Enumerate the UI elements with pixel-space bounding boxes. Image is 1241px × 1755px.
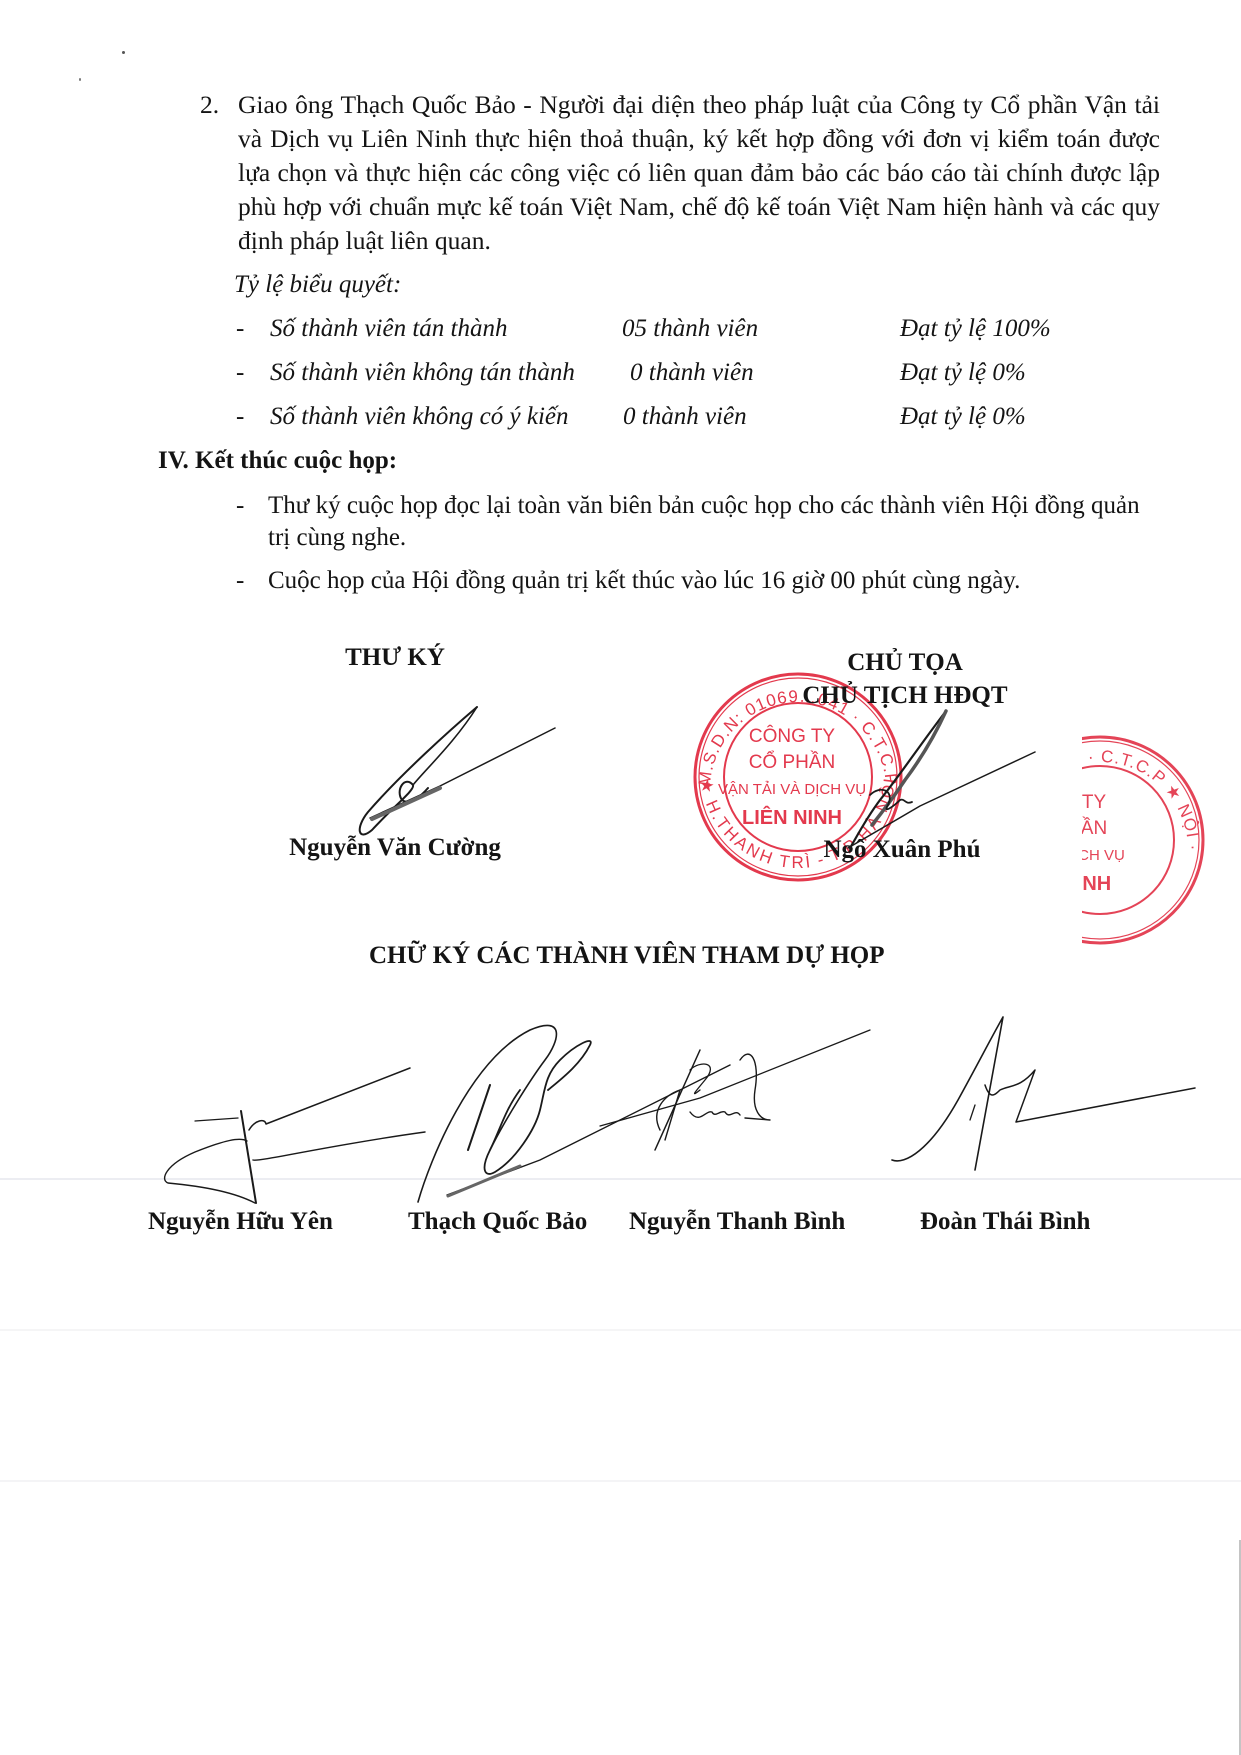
member-name: Nguyễn Thanh Bình — [629, 1206, 845, 1238]
chair-title: CHỦ TỌA — [755, 647, 1055, 679]
stamp-line: VẬN TẢI VÀ DỊCH VỤ — [718, 781, 866, 798]
section-heading: IV. Kết thúc cuộc họp: — [158, 444, 397, 478]
secretary-signature — [360, 707, 555, 835]
vote-row-against: - Số thành viên không tán thành 0 thành … — [0, 356, 1241, 390]
member-name: Nguyễn Hữu Yên — [148, 1206, 333, 1238]
chair-signature — [848, 711, 1035, 848]
vote-row-abstain: - Số thành viên không có ý kiến 0 thành … — [0, 400, 1241, 434]
stamp-line: CỔ PHẦN — [749, 751, 836, 773]
document-page: 2. Giao ông Thạch Quốc Bảo - Người đại d… — [0, 0, 1241, 1755]
vote-label: Số thành viên không có ý kiến — [270, 400, 569, 434]
item-2-paragraph: Giao ông Thạch Quốc Bảo - Người đại diện… — [238, 88, 1160, 258]
vote-rate: Đạt tỷ lệ 100% — [900, 312, 1051, 346]
dash: - — [236, 400, 244, 434]
chair-name: Ngô Xuân Phú — [742, 834, 1062, 866]
vote-label: Số thành viên tán thành — [270, 312, 507, 346]
dash: - — [236, 312, 244, 346]
member-name: Đoàn Thái Bình — [920, 1206, 1090, 1238]
partial-stamp-line: INH — [1077, 873, 1111, 895]
vote-label: Số thành viên không tán thành — [270, 356, 575, 390]
bullet-text: Cuộc họp của Hội đồng quản trị kết thúc … — [268, 565, 1160, 597]
partial-stamp-line: ẦN — [1081, 817, 1107, 839]
member-signature-thach-quoc-bao — [418, 1025, 730, 1202]
partial-stamp-line: TY — [1082, 792, 1107, 813]
members-heading: CHỮ KÝ CÁC THÀNH VIÊN THAM DỰ HỌP — [369, 940, 885, 972]
vote-count: 0 thành viên — [623, 400, 747, 434]
chair-position: CHỦ TỊCH HĐQT — [755, 680, 1055, 712]
vote-rate: Đạt tỷ lệ 0% — [900, 356, 1026, 390]
dash: - — [236, 490, 244, 522]
company-stamp: M.S.D.N: 01069…041 · C.T.C.P ★ H.THANH T… — [0, 0, 1241, 1755]
vote-row-approve: - Số thành viên tán thành 05 thành viên … — [0, 312, 1241, 346]
member-signature-nguyen-huu-yen — [165, 1068, 425, 1203]
stamp-line: CÔNG TY — [749, 725, 836, 747]
partial-stamp-line: DỊCH VỤ — [1063, 847, 1125, 864]
stamp-line: LIÊN NINH — [742, 805, 842, 829]
member-signature-doan-thai-binh — [892, 1017, 1195, 1170]
secretary-title: THƯ KÝ — [245, 642, 545, 674]
vote-count: 0 thành viên — [630, 356, 754, 390]
dash: - — [236, 565, 244, 597]
item-number: 2. — [200, 88, 219, 122]
member-signature-nguyen-thanh-binh — [600, 1030, 870, 1150]
bullet-text: Thư ký cuộc họp đọc lại toàn văn biên bả… — [268, 490, 1160, 554]
dash: - — [236, 356, 244, 390]
voting-title: Tỷ lệ biểu quyết: — [234, 268, 401, 302]
member-name: Thạch Quốc Bảo — [408, 1206, 587, 1238]
signatures-layer — [0, 0, 1241, 1755]
secretary-name: Nguyễn Văn Cường — [235, 832, 555, 864]
scan-speck — [79, 78, 81, 81]
vote-rate: Đạt tỷ lệ 0% — [900, 400, 1026, 434]
scan-speck — [122, 51, 125, 54]
vote-count: 05 thành viên — [622, 312, 758, 346]
